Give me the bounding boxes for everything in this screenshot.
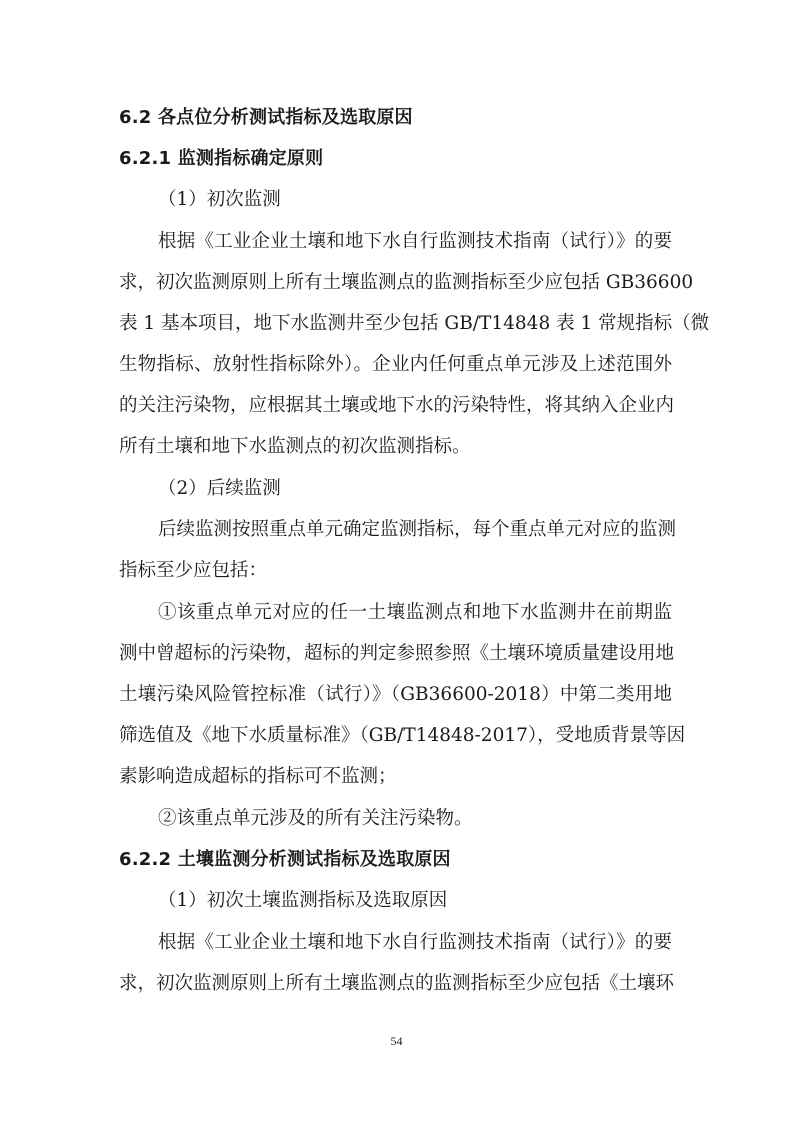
paragraph-line: 所有土壤和地下水监测点的初次监测指标。: [119, 435, 672, 459]
list-item-line: 素影响造成超标的指标可不监测；: [119, 765, 672, 789]
paragraph-line: 根据《工业企业土壤和地下水自行监测技术指南（试行）》的要: [158, 230, 672, 254]
page-number: 54: [0, 1034, 793, 1049]
document-page: 6.2 各点位分析测试指标及选取原因 6.2.1 监测指标确定原则 （1）初次监…: [0, 0, 793, 1122]
list-item-line: ②该重点单元涉及的所有关注污染物。: [158, 807, 473, 831]
section-heading-6-2-2: 6.2.2 土壤监测分析测试指标及选取原因: [119, 848, 672, 872]
subheading-initial-soil-monitoring: （1）初次土壤监测指标及选取原因: [158, 889, 447, 913]
paragraph-line: 根据《工业企业土壤和地下水自行监测技术指南（试行）》的要: [158, 931, 672, 955]
paragraph-line: 后续监测按照重点单元确定监测指标，每个重点单元对应的监测: [158, 518, 672, 542]
section-heading-6-2: 6.2 各点位分析测试指标及选取原因: [119, 106, 672, 130]
list-item-line: 筛选值及《地下水质量标准》（GB/T14848-2017），受地质背景等因: [119, 724, 672, 748]
paragraph-line: 表 1 基本项目，地下水监测井至少包括 GB/T14848 表 1 常规指标（微: [119, 312, 672, 336]
list-item-line: 测中曾超标的污染物，超标的判定参照参照《土壤环境质量建设用地: [119, 642, 672, 666]
paragraph-line: 求，初次监测原则上所有土壤监测点的监测指标至少应包括《土壤环: [119, 972, 672, 996]
list-item-line: ①该重点单元对应的任一土壤监测点和地下水监测井在前期监: [158, 601, 672, 625]
paragraph-line: 指标至少应包括：: [119, 559, 672, 583]
list-item-line: 土壤污染风险管控标准（试行）》（GB36600-2018）中第二类用地: [119, 683, 672, 707]
section-heading-6-2-1: 6.2.1 监测指标确定原则: [119, 147, 672, 171]
paragraph-line: 的关注污染物，应根据其土壤或地下水的污染特性，将其纳入企业内: [119, 394, 672, 418]
paragraph-line: 生物指标、放射性指标除外）。企业内任何重点单元涉及上述范围外: [119, 353, 672, 377]
subheading-initial-monitoring: （1）初次监测: [158, 188, 281, 212]
subheading-followup-monitoring: （2）后续监测: [158, 477, 281, 501]
paragraph-line: 求，初次监测原则上所有土壤监测点的监测指标至少应包括 GB36600: [119, 271, 672, 295]
